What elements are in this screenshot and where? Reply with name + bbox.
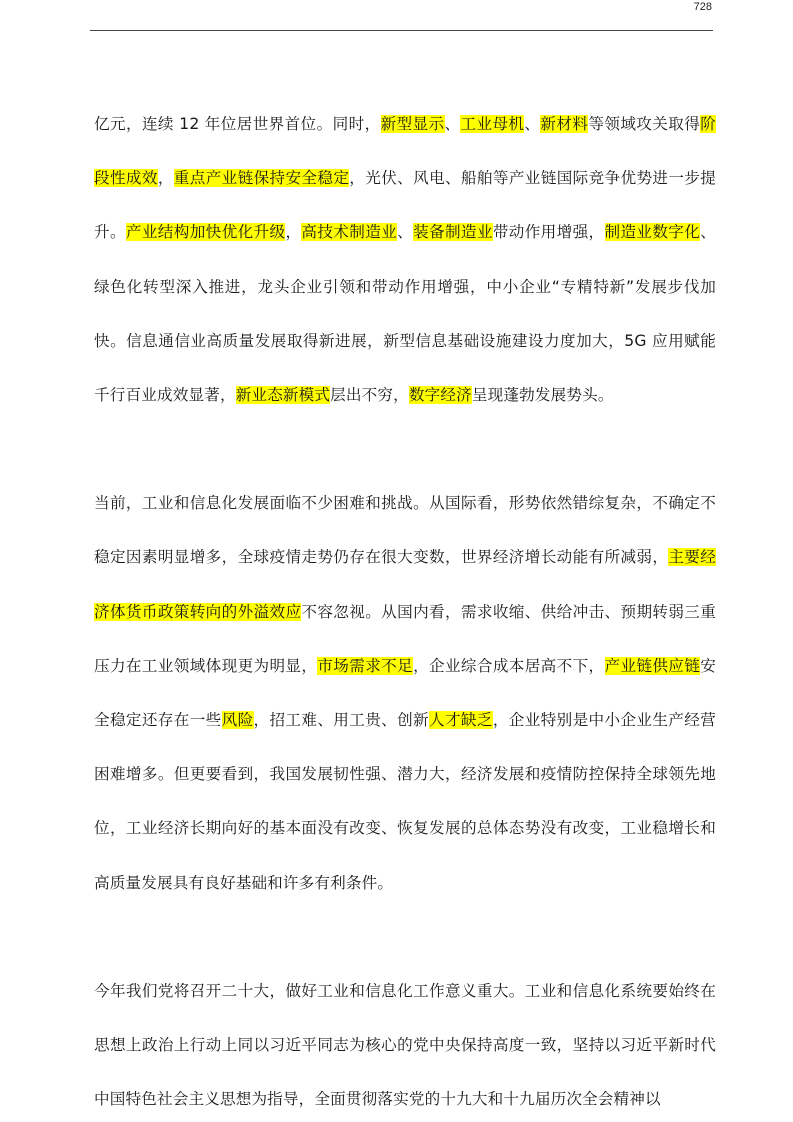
highlighted-text: 制造业数字化 [605, 223, 701, 241]
text-run: 呈现蓬勃发展势头。 [472, 386, 614, 404]
text-run: 亿元，连续 12 年位居世界首位。同时， [94, 115, 381, 133]
text-run: 、 [524, 115, 540, 133]
highlighted-text: 市场需求不足 [317, 657, 413, 675]
highlighted-text: 人才缺乏 [429, 711, 493, 729]
highlighted-text: 新型显示 [381, 115, 445, 133]
paragraph-achievements: 亿元，连续 12 年位居世界首位。同时，新型显示、工业母机、新材料等领域攻关取得… [94, 97, 716, 422]
text-run: 、 [397, 223, 413, 241]
text-run: 当前，工业和信息化发展面临不少困难和挑战。从国际看，形势依然错综复杂，不确定不稳… [94, 494, 716, 566]
paragraph-challenges: 当前，工业和信息化发展面临不少困难和挑战。从国际看，形势依然错综复杂，不确定不稳… [94, 476, 716, 910]
text-run: 今年我们党将召开二十大，做好工业和信息化工作意义重大。工业和信息化系统要始终在思… [94, 982, 716, 1108]
paragraph-party-congress: 今年我们党将召开二十大，做好工业和信息化工作意义重大。工业和信息化系统要始终在思… [94, 964, 716, 1122]
highlighted-text: 重点产业链保持安全稳定 [174, 169, 350, 187]
text-run: 层出不穷， [330, 386, 409, 404]
highlighted-text: 装备制造业 [413, 223, 493, 241]
text-run: 带动作用增强， [493, 223, 605, 241]
highlighted-text: 工业母机 [460, 115, 524, 133]
highlighted-text: 产业链供应链 [605, 657, 701, 675]
text-run: ， [158, 169, 174, 187]
text-run: ， [285, 223, 301, 241]
text-run: ，企业综合成本居高不下， [413, 657, 604, 675]
highlighted-text: 数字经济 [409, 386, 472, 404]
highlighted-text: 高技术制造业 [301, 223, 397, 241]
page-number: 728 [680, 1, 712, 13]
highlighted-text: 风险 [222, 711, 254, 729]
document-body: 亿元，连续 12 年位居世界首位。同时，新型显示、工业母机、新材料等领域攻关取得… [94, 97, 716, 1122]
text-run: ，招工难、用工贵、创新 [254, 711, 429, 729]
text-run: 、绿色化转型深入推进，龙头企业引领和带动作用增强，中小企业“专精特新”发展步伐加… [94, 223, 716, 404]
highlighted-text: 新业态新模式 [236, 386, 330, 404]
text-run: ，企业特别是中小企业生产经营困难增多。但更要看到，我国发展韧性强、潜力大，经济发… [94, 711, 716, 892]
highlighted-text: 产业结构加快优化升级 [126, 223, 286, 241]
highlighted-text: 新材料 [540, 115, 588, 133]
header-rule [90, 30, 713, 31]
text-run: 等领域攻关取得 [588, 115, 700, 133]
text-run: 、 [445, 115, 461, 133]
